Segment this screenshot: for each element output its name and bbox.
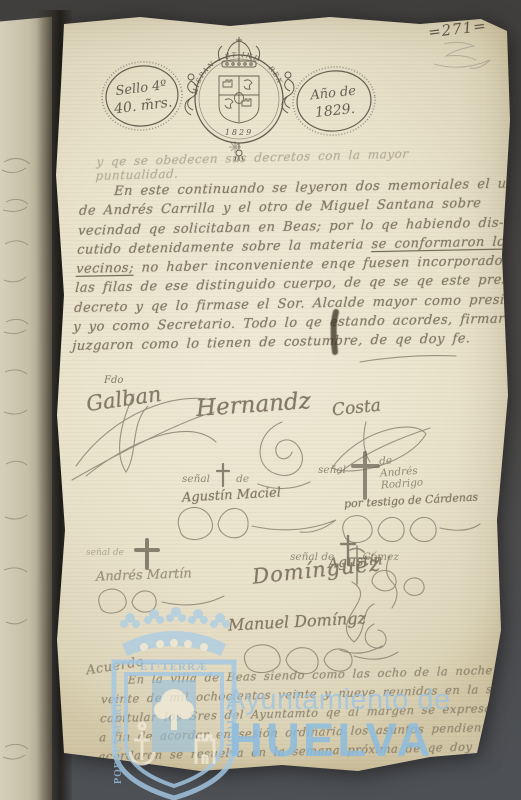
closing-paragraph: En la villa de Beas siendo como las ocho… [98, 663, 507, 769]
signature-rodrigo: señal de Andrés Rodrigo por testigo de C… [318, 458, 346, 477]
cross-mark-icon [344, 544, 370, 588]
document-photo: =271= Sello 4º 40. m̃rs. [0, 0, 521, 800]
rubric-flourish-icon [90, 584, 230, 624]
sello-left-oval-icon: Sello 4º 40. m̃rs. [98, 57, 186, 134]
signature-costa: Costa [332, 398, 381, 418]
closing-dash-icon [358, 350, 458, 368]
svg-text:HISPAN · ET IND · REX: HISPAN · ET IND · REX [191, 51, 284, 96]
signature-martin: señal de Andrés Martín [86, 540, 124, 559]
sello-tax-stamp: Sello 4º 40. m̃rs. Año de 1829. [90, 35, 400, 165]
pencil-flourish-icon [430, 38, 500, 72]
cross-mark-icon [215, 462, 231, 488]
signature-manuel-dominguez: Manuel Domíngz [228, 612, 366, 631]
margin-note-top: Vecindad de Andrés Carrillo y de Miguel … [0, 184, 64, 293]
manuscript-page: =271= Sello 4º 40. m̃rs. [0, 0, 521, 800]
body-paragraph: En este continuando se leyeron dos memor… [72, 177, 479, 359]
sello-right-oval-icon: Año de 1829. [290, 63, 379, 139]
signature-dominguez: Domínguez [252, 558, 381, 582]
ink-blot-icon [326, 308, 346, 356]
signature-maciel: señal de Agustín Maciel [182, 462, 281, 503]
svg-text:1829: 1829 [225, 128, 253, 137]
signature-galban: Fdo Galban [86, 368, 162, 411]
signature-hernandez: Hernandz [196, 392, 311, 418]
manuscript-page-wrap: =271= Sello 4º 40. m̃rs. [0, 0, 521, 800]
svg-text:1829.: 1829. [314, 101, 356, 121]
cross-mark-icon [350, 450, 380, 502]
